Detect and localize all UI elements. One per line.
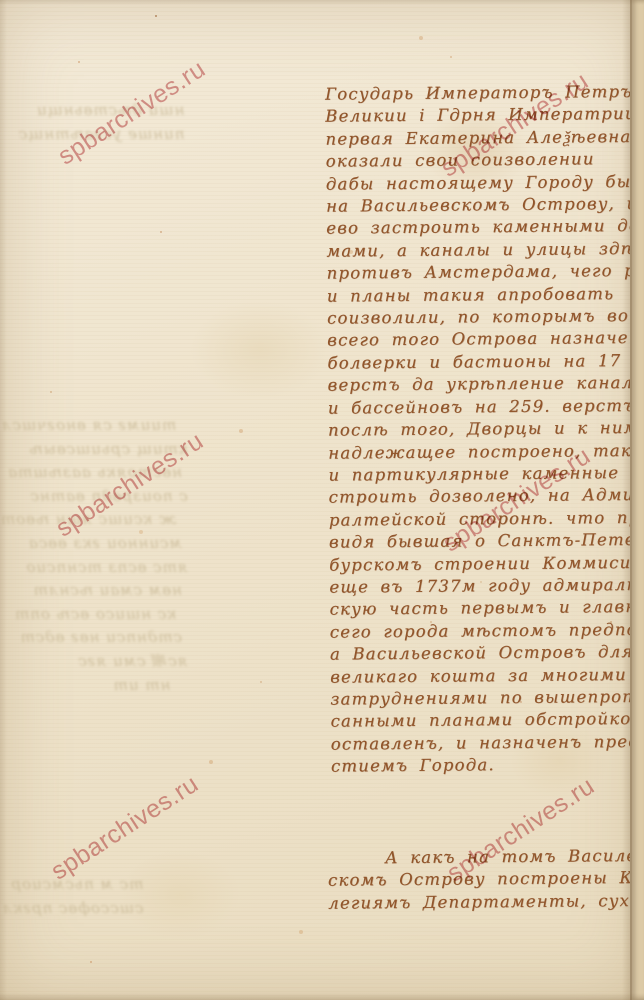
paper-stain [190,300,330,400]
archive-watermark: spbarchives.ru [130,485,300,514]
ink-bleedthrough-text: тиимг ся вногчшсл ктищ срьишсвыѣ нвстояк… [0,414,188,697]
ink-bleedthrough-text: нши дѣствьнщи пинше усгаѣтнщс [18,98,184,146]
archive-watermark-text: spbarchives.ru [51,427,209,544]
archive-watermark: spbarchives.ru [132,113,302,142]
manuscript-paragraph-closing: А какъ на томъ Василев- скомъ Острову по… [328,844,644,915]
archive-watermark-text: spbarchives.ru [53,55,211,172]
paper-stain [120,850,240,940]
foxing-speckles [155,15,157,17]
page-edge-top [0,0,644,5]
manuscript-paragraph-main: Государь Императоръ Петръ Великии i Гдрн… [325,80,644,778]
manuscript-scan-page: нши дѣствьнщи пинше усгаѣтнщс тиимг ся в… [0,0,644,1000]
page-edge-bottom [0,993,644,1000]
archive-watermark: spbarchives.ru [125,828,295,857]
page-edge-right [630,0,644,1000]
archive-watermark-text: spbarchives.ru [46,770,204,887]
ink-bleedthrough-text: тс м пьсмсиор сшссофвс пргкл [2,872,143,920]
page-edge-left [0,0,7,1000]
